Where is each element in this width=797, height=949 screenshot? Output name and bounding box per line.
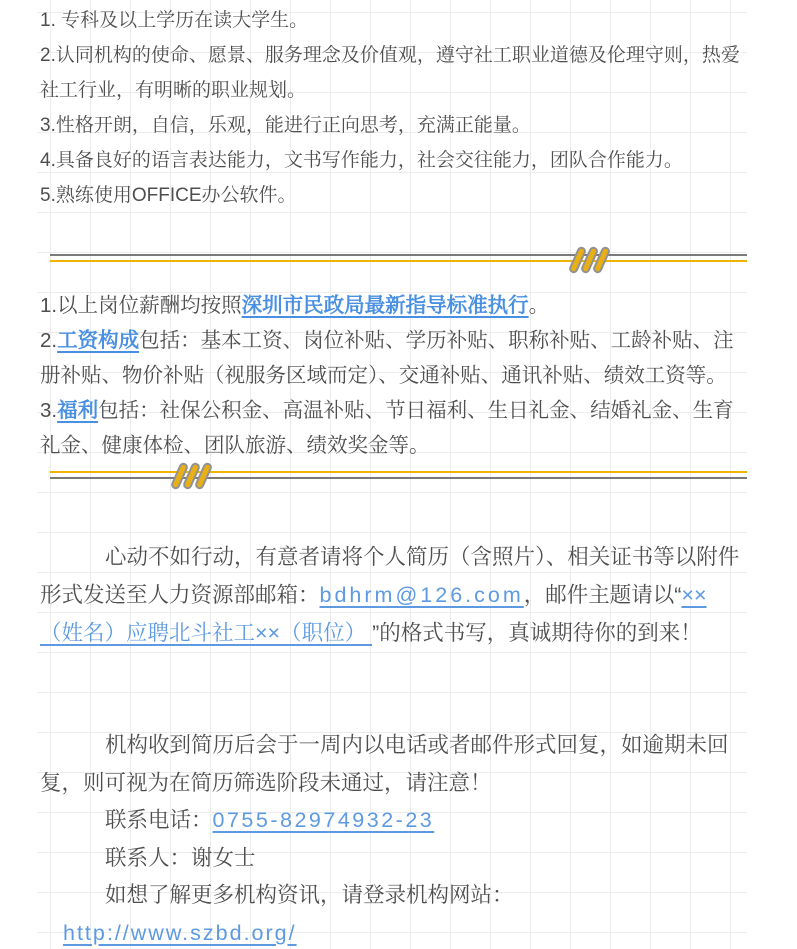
salary-item-text: 包括：基本工资、岗位补贴、学历补贴、职称补贴、工龄补贴、注册补贴、物价补贴（视服… bbox=[40, 329, 734, 387]
apply-section: 心动不如行动，有意者请将个人简历（含照片）、相关证书等以附件形式发送至人力资源部… bbox=[40, 538, 746, 652]
requirement-item: 5.熟练使用OFFICE办公软件。 bbox=[40, 178, 746, 213]
welfare-link[interactable]: 福利 bbox=[57, 399, 98, 422]
salary-item: 1.以上岗位薪酬均按照深圳市民政局最新指导标准执行。 bbox=[40, 288, 746, 323]
website-link[interactable]: http://www.szbd.org/ bbox=[63, 921, 297, 945]
website-row: http://www.szbd.org/ bbox=[40, 915, 746, 949]
salary-item-text: 2. bbox=[40, 329, 57, 352]
email-link[interactable]: bdhrm@126.com bbox=[320, 583, 524, 607]
salary-item-text: 1.以上岗位薪酬均按照 bbox=[40, 294, 242, 317]
document: 1. 专科及以上学历在读大学生。 2.认同机构的使命、愿景、服务理念及价值观，遵… bbox=[0, 0, 797, 949]
divider-line-gray bbox=[50, 477, 747, 479]
salary-item-text: 3. bbox=[40, 399, 57, 422]
phone-link[interactable]: 0755-82974932-23 bbox=[213, 808, 435, 832]
requirements-section: 1. 专科及以上学历在读大学生。 2.认同机构的使命、愿景、服务理念及价值观，遵… bbox=[40, 3, 746, 213]
website-note: 如想了解更多机构资讯，请登录机构网站： bbox=[40, 877, 746, 915]
contact-section: 机构收到简历后会于一周内以电话或者邮件形式回复，如逾期未回复，则可视为在简历筛选… bbox=[40, 727, 746, 949]
requirement-item: 1. 专科及以上学历在读大学生。 bbox=[40, 3, 746, 38]
divider-slashes-icon bbox=[170, 460, 214, 492]
reply-note: 机构收到简历后会于一周内以电话或者邮件形式回复，如逾期未回复，则可视为在简历筛选… bbox=[40, 727, 746, 802]
salary-item-text: 。 bbox=[529, 294, 550, 317]
salary-item-text: 包括：社保公积金、高温补贴、节日福利、生日礼金、结婚礼金、生育礼金、健康体检、团… bbox=[40, 399, 734, 457]
apply-text: ”的格式书写，真诚期待你的到来！ bbox=[372, 621, 702, 645]
apply-paragraph: 心动不如行动，有意者请将个人简历（含照片）、相关证书等以附件形式发送至人力资源部… bbox=[40, 538, 746, 652]
contact-person: 联系人：谢女士 bbox=[40, 840, 746, 878]
phone-row: 联系电话：0755-82974932-23 bbox=[40, 802, 746, 840]
salary-composition-link[interactable]: 工资构成 bbox=[57, 329, 139, 352]
divider-slashes-icon bbox=[568, 244, 612, 276]
divider-line-yellow bbox=[50, 471, 747, 473]
salary-item: 3.福利包括：社保公积金、高温补贴、节日福利、生日礼金、结婚礼金、生育礼金、健康… bbox=[40, 393, 746, 463]
requirement-item: 3.性格开朗，自信，乐观，能进行正向思考，充满正能量。 bbox=[40, 108, 746, 143]
divider-line-yellow bbox=[50, 260, 747, 262]
salary-item: 2.工资构成包括：基本工资、岗位补贴、学历补贴、职称补贴、工龄补贴、注册补贴、物… bbox=[40, 323, 746, 393]
salary-standard-link[interactable]: 深圳市民政局最新指导标准执行 bbox=[242, 294, 529, 317]
requirement-item: 2.认同机构的使命、愿景、服务理念及价值观，遵守社工职业道德及伦理守则，热爱社工… bbox=[40, 38, 746, 108]
apply-text: ，邮件主题请以“ bbox=[524, 583, 682, 607]
divider-line-gray bbox=[50, 254, 747, 256]
phone-label: 联系电话： bbox=[105, 808, 213, 832]
salary-section: 1.以上岗位薪酬均按照深圳市民政局最新指导标准执行。 2.工资构成包括：基本工资… bbox=[40, 288, 746, 463]
requirement-item: 4.具备良好的语言表达能力，文书写作能力，社会交往能力，团队合作能力。 bbox=[40, 143, 746, 178]
